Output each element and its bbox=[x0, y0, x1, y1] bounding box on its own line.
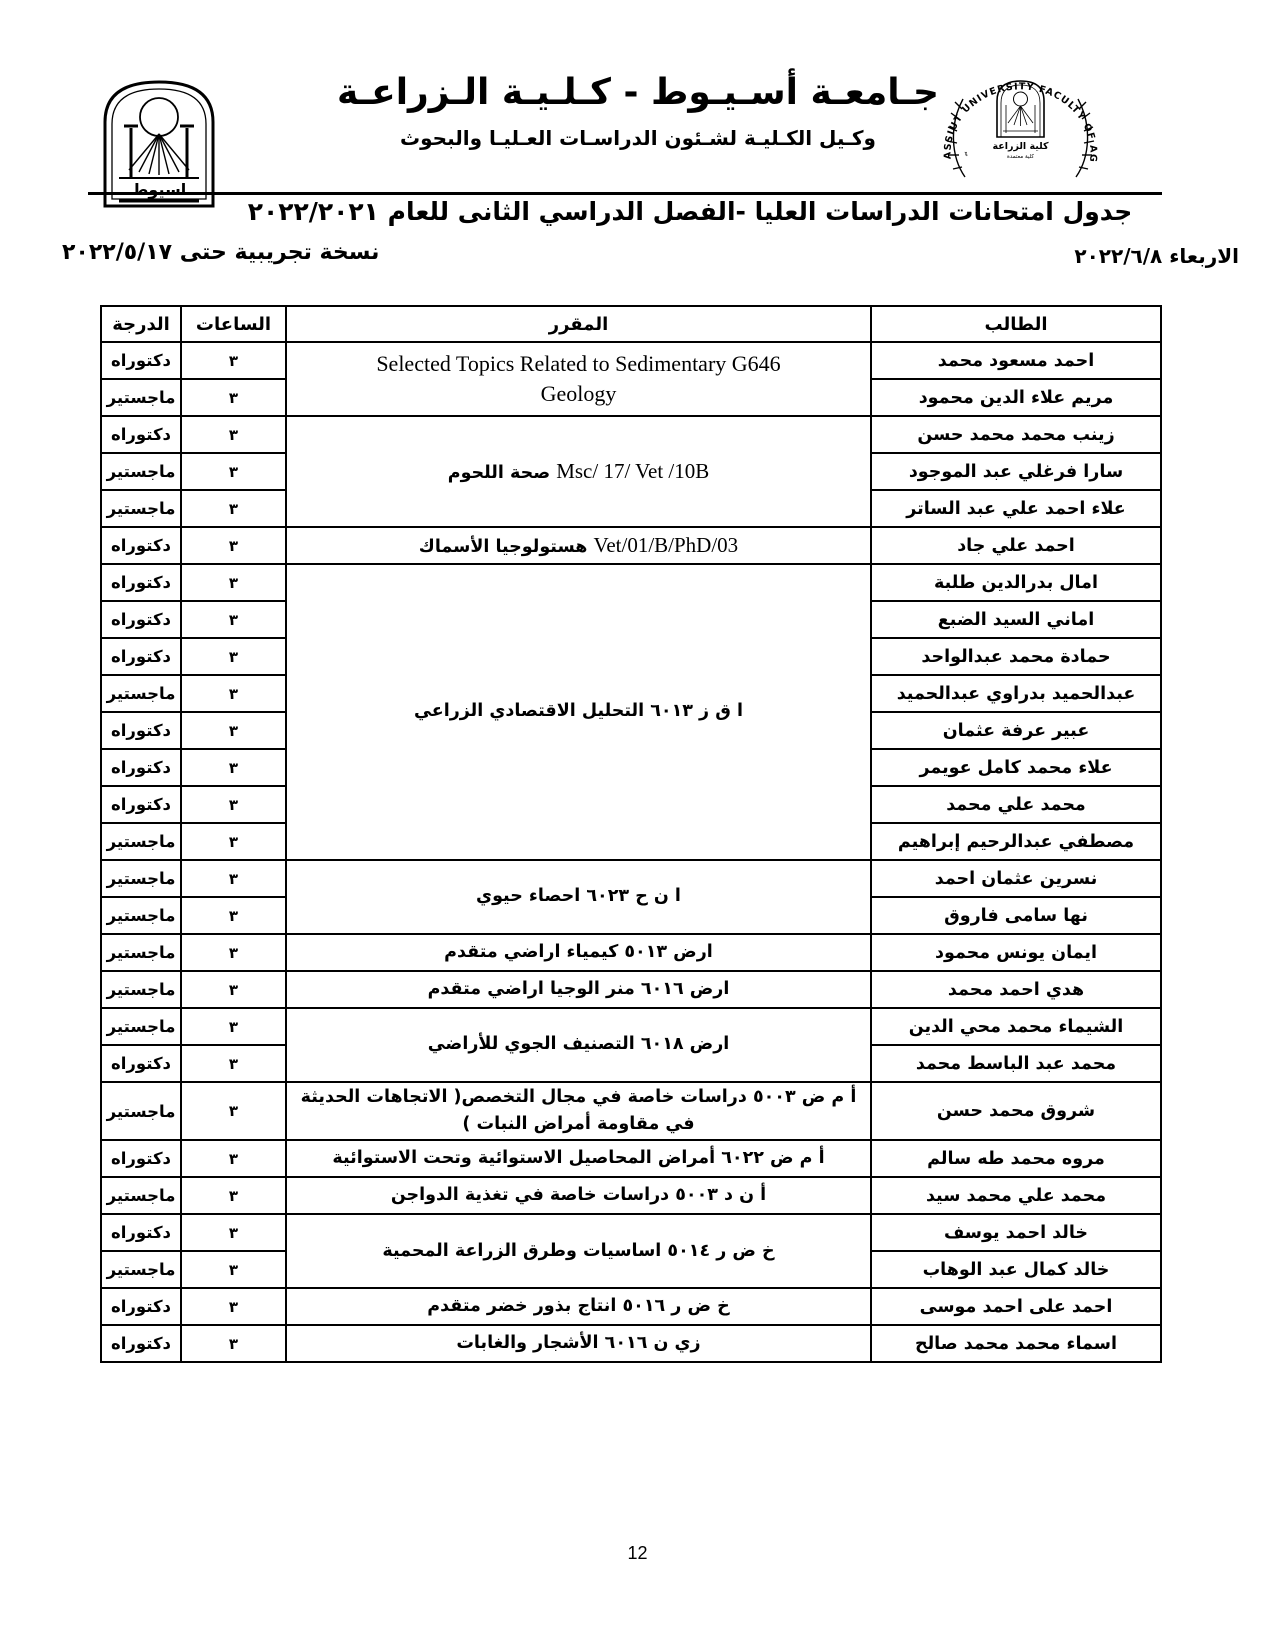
course-cell: ا ق ز ٦٠١٣ التحليل الاقتصادي الزراعي bbox=[286, 564, 871, 860]
col-header-degree: الدرجة bbox=[101, 306, 181, 342]
course-name-arabic: هستولوجيا الأسماك bbox=[419, 537, 588, 557]
exam-schedule-table: الطالب المقرر الساعات الدرجة احمد مسعود … bbox=[100, 305, 1162, 1363]
degree-cell: ماجستير bbox=[101, 1177, 181, 1214]
degree-cell: ماجستير bbox=[101, 971, 181, 1008]
student-name-cell: احمد علي جاد bbox=[871, 527, 1161, 564]
seal-inner-subtitle: كلية معتمدة bbox=[1007, 153, 1034, 160]
student-name-cell: نها سامى فاروق bbox=[871, 897, 1161, 934]
student-name-cell: اماني السيد الضبع bbox=[871, 601, 1161, 638]
degree-cell: ماجستير bbox=[101, 823, 181, 860]
student-name-cell: علاء محمد كامل عويمر bbox=[871, 749, 1161, 786]
degree-cell: دكتوراه bbox=[101, 1288, 181, 1325]
student-name-cell: محمد عبد الباسط محمد bbox=[871, 1045, 1161, 1082]
hours-cell: ٣ bbox=[181, 675, 286, 712]
student-name-cell: سارا فرغلي عبد الموجود bbox=[871, 453, 1161, 490]
table-row: هدي احمد محمدارض ٦٠١٦ منر الوجيا اراضي م… bbox=[101, 971, 1161, 1008]
student-name-cell: ايمان يونس محمود bbox=[871, 934, 1161, 971]
student-name-cell: امال بدرالدين طلبة bbox=[871, 564, 1161, 601]
degree-cell: ماجستير bbox=[101, 1082, 181, 1140]
hours-cell: ٣ bbox=[181, 1140, 286, 1177]
schedule-title: جدول امتحانات الدراسات العليا -الفصل الد… bbox=[190, 197, 1190, 226]
student-name-cell: عبير عرفة عثمان bbox=[871, 712, 1161, 749]
table-row: محمد علي محمد سيدأ ن د ٥٠٠٣ دراسات خاصة … bbox=[101, 1177, 1161, 1214]
degree-cell: دكتوراه bbox=[101, 416, 181, 453]
degree-cell: دكتوراه bbox=[101, 1214, 181, 1251]
student-name-cell: محمد علي محمد bbox=[871, 786, 1161, 823]
course-code-latin: Msc/ 17/ Vet /10B bbox=[556, 459, 709, 483]
degree-cell: ماجستير bbox=[101, 675, 181, 712]
course-cell: ارض ٦٠١٦ منر الوجيا اراضي متقدم bbox=[286, 971, 871, 1008]
table-row: الشيماء محمد محي الدينارض ٦٠١٨ التصنيف ا… bbox=[101, 1008, 1161, 1045]
student-name-cell: زينب محمد محمد حسن bbox=[871, 416, 1161, 453]
hours-cell: ٣ bbox=[181, 490, 286, 527]
hours-cell: ٣ bbox=[181, 601, 286, 638]
hours-cell: ٣ bbox=[181, 416, 286, 453]
hours-cell: ٣ bbox=[181, 379, 286, 416]
hours-cell: ٣ bbox=[181, 1008, 286, 1045]
degree-cell: دكتوراه bbox=[101, 712, 181, 749]
header-divider bbox=[88, 192, 1162, 195]
course-cell: زي ن ٦٠١٦ الأشجار والغابات bbox=[286, 1325, 871, 1362]
course-code-latin: Vet/01/B/PhD/03 bbox=[594, 533, 739, 557]
student-name-cell: عبدالحميد بدراوي عبدالحميد bbox=[871, 675, 1161, 712]
student-name-cell: محمد علي محمد سيد bbox=[871, 1177, 1161, 1214]
col-header-hours: الساعات bbox=[181, 306, 286, 342]
student-name-cell: مروه محمد طه سالم bbox=[871, 1140, 1161, 1177]
course-cell: ارض ٥٠١٣ كيمياء اراضي متقدم bbox=[286, 934, 871, 971]
course-cell: أ م ض ٥٠٠٣ دراسات خاصة في مجال التخصص( ا… bbox=[286, 1082, 871, 1140]
course-cell: خ ض ر ٥٠١٦ انتاج بذور خضر متقدم bbox=[286, 1288, 871, 1325]
student-name-cell: مصطفي عبدالرحيم إبراهيم bbox=[871, 823, 1161, 860]
sun-rays-icon bbox=[129, 134, 189, 175]
student-name-cell: نسرين عثمان احمد bbox=[871, 860, 1161, 897]
course-cell: ا ن ح ٦٠٢٣ احصاء حيوي bbox=[286, 860, 871, 934]
student-name-cell: حمادة محمد عبدالواحد bbox=[871, 638, 1161, 675]
table-row: مروه محمد طه سالمأ م ض ٦٠٢٢ أمراض المحاص… bbox=[101, 1140, 1161, 1177]
table-row: احمد على احمد موسىخ ض ر ٥٠١٦ انتاج بذور … bbox=[101, 1288, 1161, 1325]
degree-cell: دكتوراه bbox=[101, 638, 181, 675]
hours-cell: ٣ bbox=[181, 1325, 286, 1362]
degree-cell: دكتوراه bbox=[101, 527, 181, 564]
degree-cell: ماجستير bbox=[101, 897, 181, 934]
degree-cell: ماجستير bbox=[101, 934, 181, 971]
course-cell: Vet/01/B/PhD/03 هستولوجيا الأسماك bbox=[286, 527, 871, 564]
degree-cell: دكتوراه bbox=[101, 786, 181, 823]
student-name-cell: اسماء محمد محمد صالح bbox=[871, 1325, 1161, 1362]
degree-cell: دكتوراه bbox=[101, 1325, 181, 1362]
faculty-seal-icon: ASSIUT UNIVERSITY FACULTY OF AGRICULTURE bbox=[933, 58, 1108, 208]
table-row: زينب محمد محمد حسنMsc/ 17/ Vet /10B صحة … bbox=[101, 416, 1161, 453]
degree-cell: دكتوراه bbox=[101, 1140, 181, 1177]
hours-cell: ٣ bbox=[181, 1214, 286, 1251]
col-header-course: المقرر bbox=[286, 306, 871, 342]
degree-cell: ماجستير bbox=[101, 1008, 181, 1045]
table-header-row: الطالب المقرر الساعات الدرجة bbox=[101, 306, 1161, 342]
student-name-cell: مريم علاء الدين محمود bbox=[871, 379, 1161, 416]
assiut-university-emblem-icon: اسيوط bbox=[95, 72, 223, 212]
student-name-cell: هدي احمد محمد bbox=[871, 971, 1161, 1008]
hours-cell: ٣ bbox=[181, 823, 286, 860]
table-row: امال بدرالدين طلبةا ق ز ٦٠١٣ التحليل الا… bbox=[101, 564, 1161, 601]
hours-cell: ٣ bbox=[181, 1045, 286, 1082]
student-name-cell: احمد على احمد موسى bbox=[871, 1288, 1161, 1325]
course-cell: ارض ٦٠١٨ التصنيف الجوي للأراضي bbox=[286, 1008, 871, 1082]
student-name-cell: شروق محمد حسن bbox=[871, 1082, 1161, 1140]
day-date: الاربعاء ٢٠٢٢/٦/٨ bbox=[1074, 244, 1239, 268]
course-cell: خ ض ر ٥٠١٤ اساسيات وطرق الزراعة المحمية bbox=[286, 1214, 871, 1288]
student-name-cell: الشيماء محمد محي الدين bbox=[871, 1008, 1161, 1045]
degree-cell: ماجستير bbox=[101, 453, 181, 490]
hours-cell: ٣ bbox=[181, 527, 286, 564]
degree-cell: دكتوراه bbox=[101, 1045, 181, 1082]
degree-cell: ماجستير bbox=[101, 1251, 181, 1288]
table-row: اسماء محمد محمد صالحزي ن ٦٠١٦ الأشجار وا… bbox=[101, 1325, 1161, 1362]
table-row: شروق محمد حسنأ م ض ٥٠٠٣ دراسات خاصة في م… bbox=[101, 1082, 1161, 1140]
hours-cell: ٣ bbox=[181, 897, 286, 934]
university-title: جـامعـة أسـيـوط - كـلـيـة الـزراعـة bbox=[238, 72, 1038, 113]
hours-cell: ٣ bbox=[181, 1082, 286, 1140]
hours-cell: ٣ bbox=[181, 638, 286, 675]
hours-cell: ٣ bbox=[181, 860, 286, 897]
course-cell: أ م ض ٦٠٢٢ أمراض المحاصيل الاستوائية وتح… bbox=[286, 1140, 871, 1177]
degree-cell: دكتوراه bbox=[101, 601, 181, 638]
table-row: ايمان يونس محمودارض ٥٠١٣ كيمياء اراضي مت… bbox=[101, 934, 1161, 971]
table-row: احمد مسعود محمدSelected Topics Related t… bbox=[101, 342, 1161, 379]
student-name-cell: احمد مسعود محمد bbox=[871, 342, 1161, 379]
student-name-cell: علاء احمد علي عبد الساتر bbox=[871, 490, 1161, 527]
table-row: نسرين عثمان احمدا ن ح ٦٠٢٣ احصاء حيوي٣ما… bbox=[101, 860, 1161, 897]
hours-cell: ٣ bbox=[181, 934, 286, 971]
exam-table-body: احمد مسعود محمدSelected Topics Related t… bbox=[101, 342, 1161, 1362]
hours-cell: ٣ bbox=[181, 1288, 286, 1325]
student-name-cell: خالد احمد يوسف bbox=[871, 1214, 1161, 1251]
hours-cell: ٣ bbox=[181, 453, 286, 490]
page-number: 12 bbox=[0, 1543, 1275, 1564]
course-name-arabic: صحة اللحوم bbox=[448, 463, 550, 483]
course-cell: أ ن د ٥٠٠٣ دراسات خاصة في تغذية الدواجن bbox=[286, 1177, 871, 1214]
emblem-city-text: اسيوط bbox=[132, 180, 186, 199]
hours-cell: ٣ bbox=[181, 712, 286, 749]
degree-cell: دكتوراه bbox=[101, 749, 181, 786]
hours-cell: ٣ bbox=[181, 564, 286, 601]
hours-cell: ٣ bbox=[181, 749, 286, 786]
course-cell: Selected Topics Related to Sedimentary G… bbox=[286, 342, 871, 416]
table-row: احمد علي جادVet/01/B/PhD/03 هستولوجيا ال… bbox=[101, 527, 1161, 564]
degree-cell: ماجستير bbox=[101, 860, 181, 897]
sun-icon bbox=[140, 98, 178, 136]
degree-cell: دكتوراه bbox=[101, 342, 181, 379]
course-cell: Msc/ 17/ Vet /10B صحة اللحوم bbox=[286, 416, 871, 527]
table-row: خالد احمد يوسفخ ض ر ٥٠١٤ اساسيات وطرق ال… bbox=[101, 1214, 1161, 1251]
office-title: وكـيل الكـليـة لشـئون الدراسـات العـليـا… bbox=[238, 126, 1038, 150]
hours-cell: ٣ bbox=[181, 1251, 286, 1288]
student-name-cell: خالد كمال عبد الوهاب bbox=[871, 1251, 1161, 1288]
degree-cell: دكتوراه bbox=[101, 564, 181, 601]
hours-cell: ٣ bbox=[181, 1177, 286, 1214]
hours-cell: ٣ bbox=[181, 786, 286, 823]
hours-cell: ٣ bbox=[181, 342, 286, 379]
document-page: اسيوط جـامعـة أسـيـوط - كـلـيـة الـزراعـ… bbox=[0, 0, 1275, 1650]
degree-cell: ماجستير bbox=[101, 379, 181, 416]
seal-inner-title: كلية الزراعة bbox=[992, 141, 1049, 152]
col-header-student: الطالب bbox=[871, 306, 1161, 342]
degree-cell: ماجستير bbox=[101, 490, 181, 527]
hours-cell: ٣ bbox=[181, 971, 286, 1008]
trial-version-note: نسخة تجريبية حتى ٢٠٢٢/٥/١٧ bbox=[62, 240, 379, 265]
